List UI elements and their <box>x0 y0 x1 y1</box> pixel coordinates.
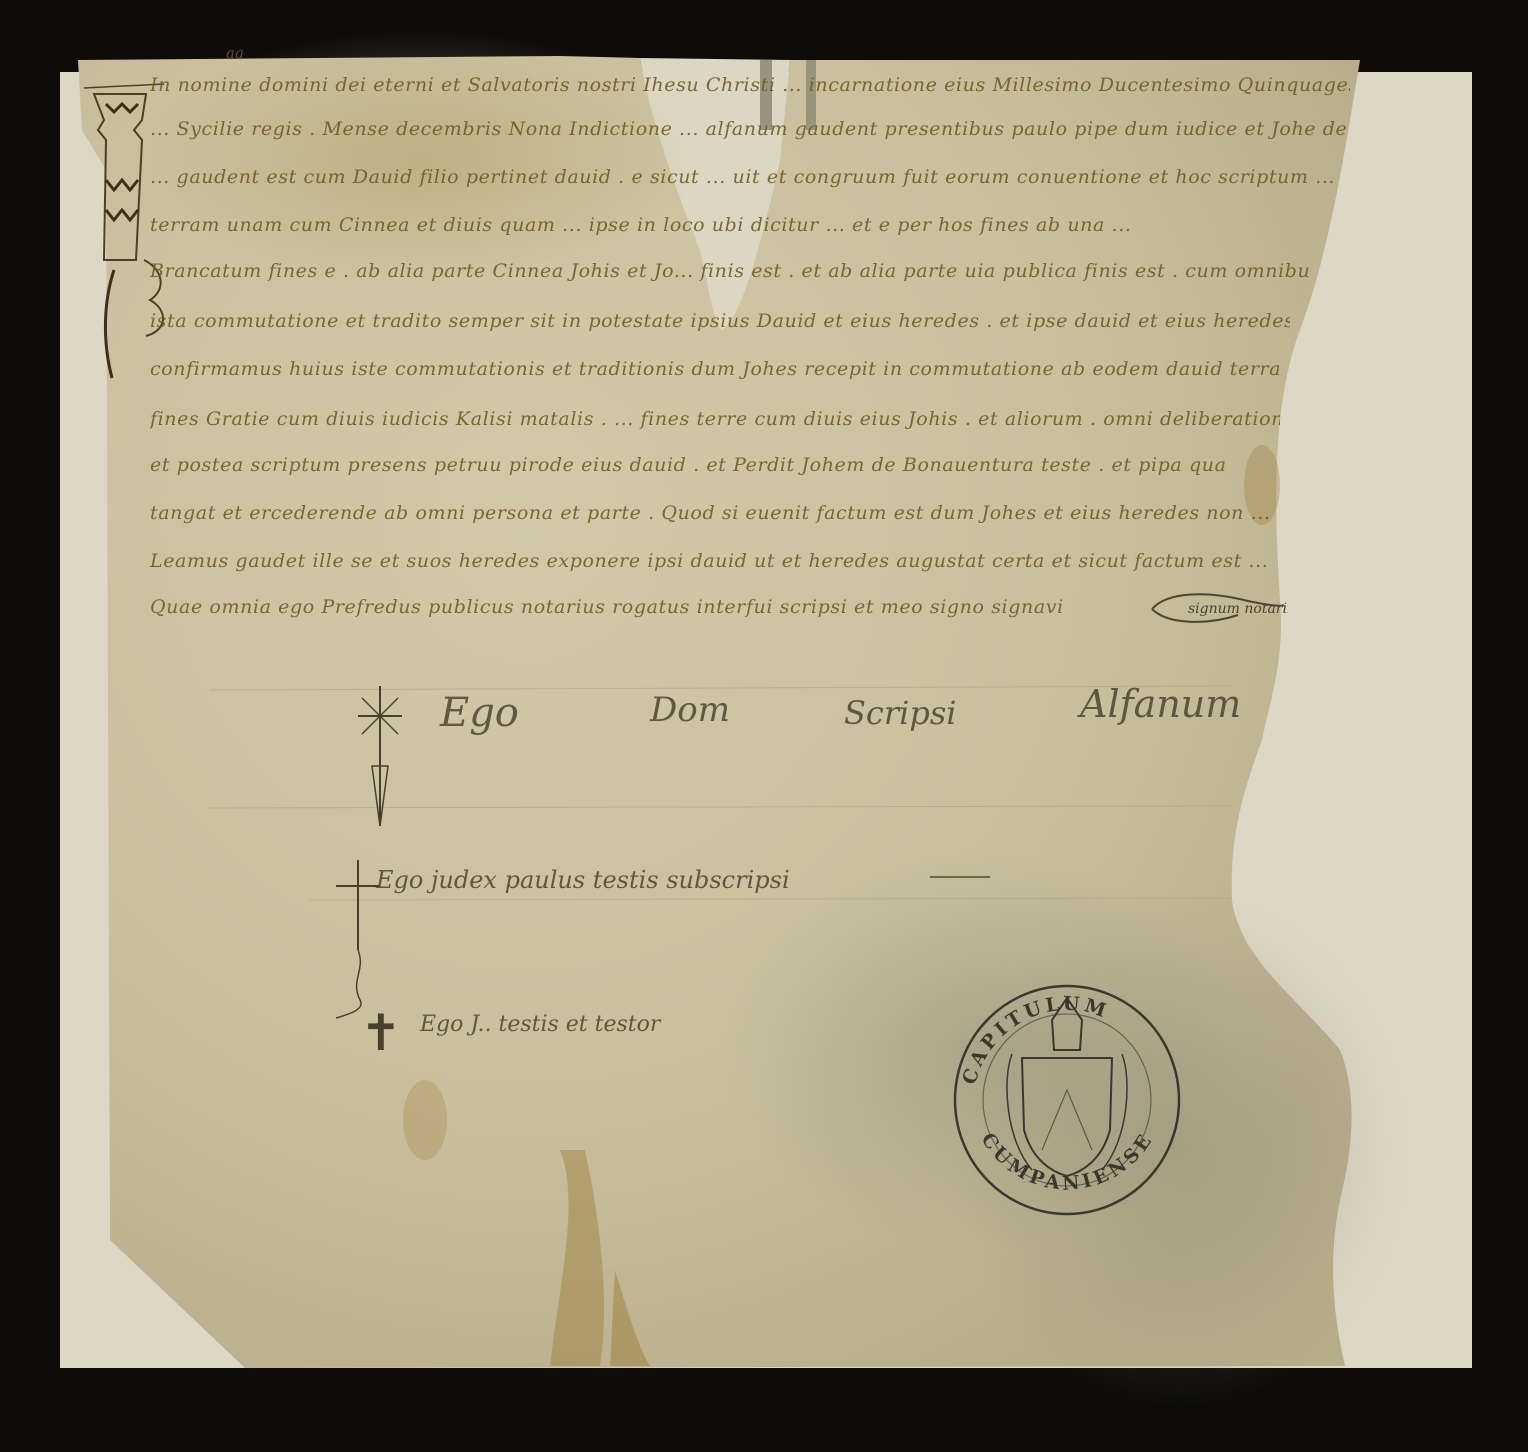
text-line-6: ista commutatione et tradito semper sit … <box>150 310 1290 332</box>
signature-line-judex: Ego judex paulus testis subscripsi <box>376 866 790 894</box>
text-line-8: fines Gratie cum diuis iudicis Kalisi ma… <box>150 408 1280 430</box>
notary-flourish-icon: signum notarii <box>1148 585 1288 635</box>
shelfmark-label: aa <box>226 44 244 62</box>
signature-word-alfanum: Alfanum <box>1080 682 1241 726</box>
text-line-2: ... Sycilie regis . Mense decembris Nona… <box>150 118 1350 140</box>
signature-word-scripsi: Scripsi <box>844 694 957 732</box>
signature-rule <box>930 876 990 878</box>
seal-legend-top: CAPITULUM <box>958 993 1112 1088</box>
notary-flourish-text: signum notarii <box>1188 601 1288 617</box>
text-line-7: confirmamus huius iste commutationis et … <box>150 358 1280 380</box>
text-line-4: terram unam cum Cinnea et diuis quam ...… <box>150 214 1131 236</box>
text-line-12: Quae omnia ego Prefredus publicus notari… <box>150 596 1064 618</box>
cross-star-icon <box>350 676 410 836</box>
text-line-10: tangat et ercederende ab omni persona et… <box>150 502 1271 524</box>
cross-icon: ✝ <box>360 1004 402 1062</box>
chapter-seal: CAPITULUM CUMPANIENSE <box>942 980 1192 1220</box>
document-scan: aa In nomine domini dei eterni et Salvat… <box>0 0 1528 1452</box>
text-line-11: Leamus gaudet ille se et suos heredes ex… <box>150 550 1268 572</box>
seal-legend-bottom: CUMPANIENSE <box>977 1128 1159 1195</box>
text-line-1: In nomine domini dei eterni et Salvatori… <box>150 74 1350 96</box>
signature-word-ego: Ego <box>440 690 519 736</box>
signature-line-testis: Ego J.. testis et testor <box>420 1012 660 1037</box>
coat-of-arms-icon <box>1022 1058 1112 1176</box>
text-line-9: et postea scriptum presens petruu pirode… <box>150 454 1227 476</box>
signature-word-dom: Dom <box>650 690 730 730</box>
text-line-3: ... gaudent est cum Dauid filio pertinet… <box>150 166 1335 188</box>
text-line-5: Brancatum fines e . ab alia parte Cinnea… <box>150 260 1310 282</box>
